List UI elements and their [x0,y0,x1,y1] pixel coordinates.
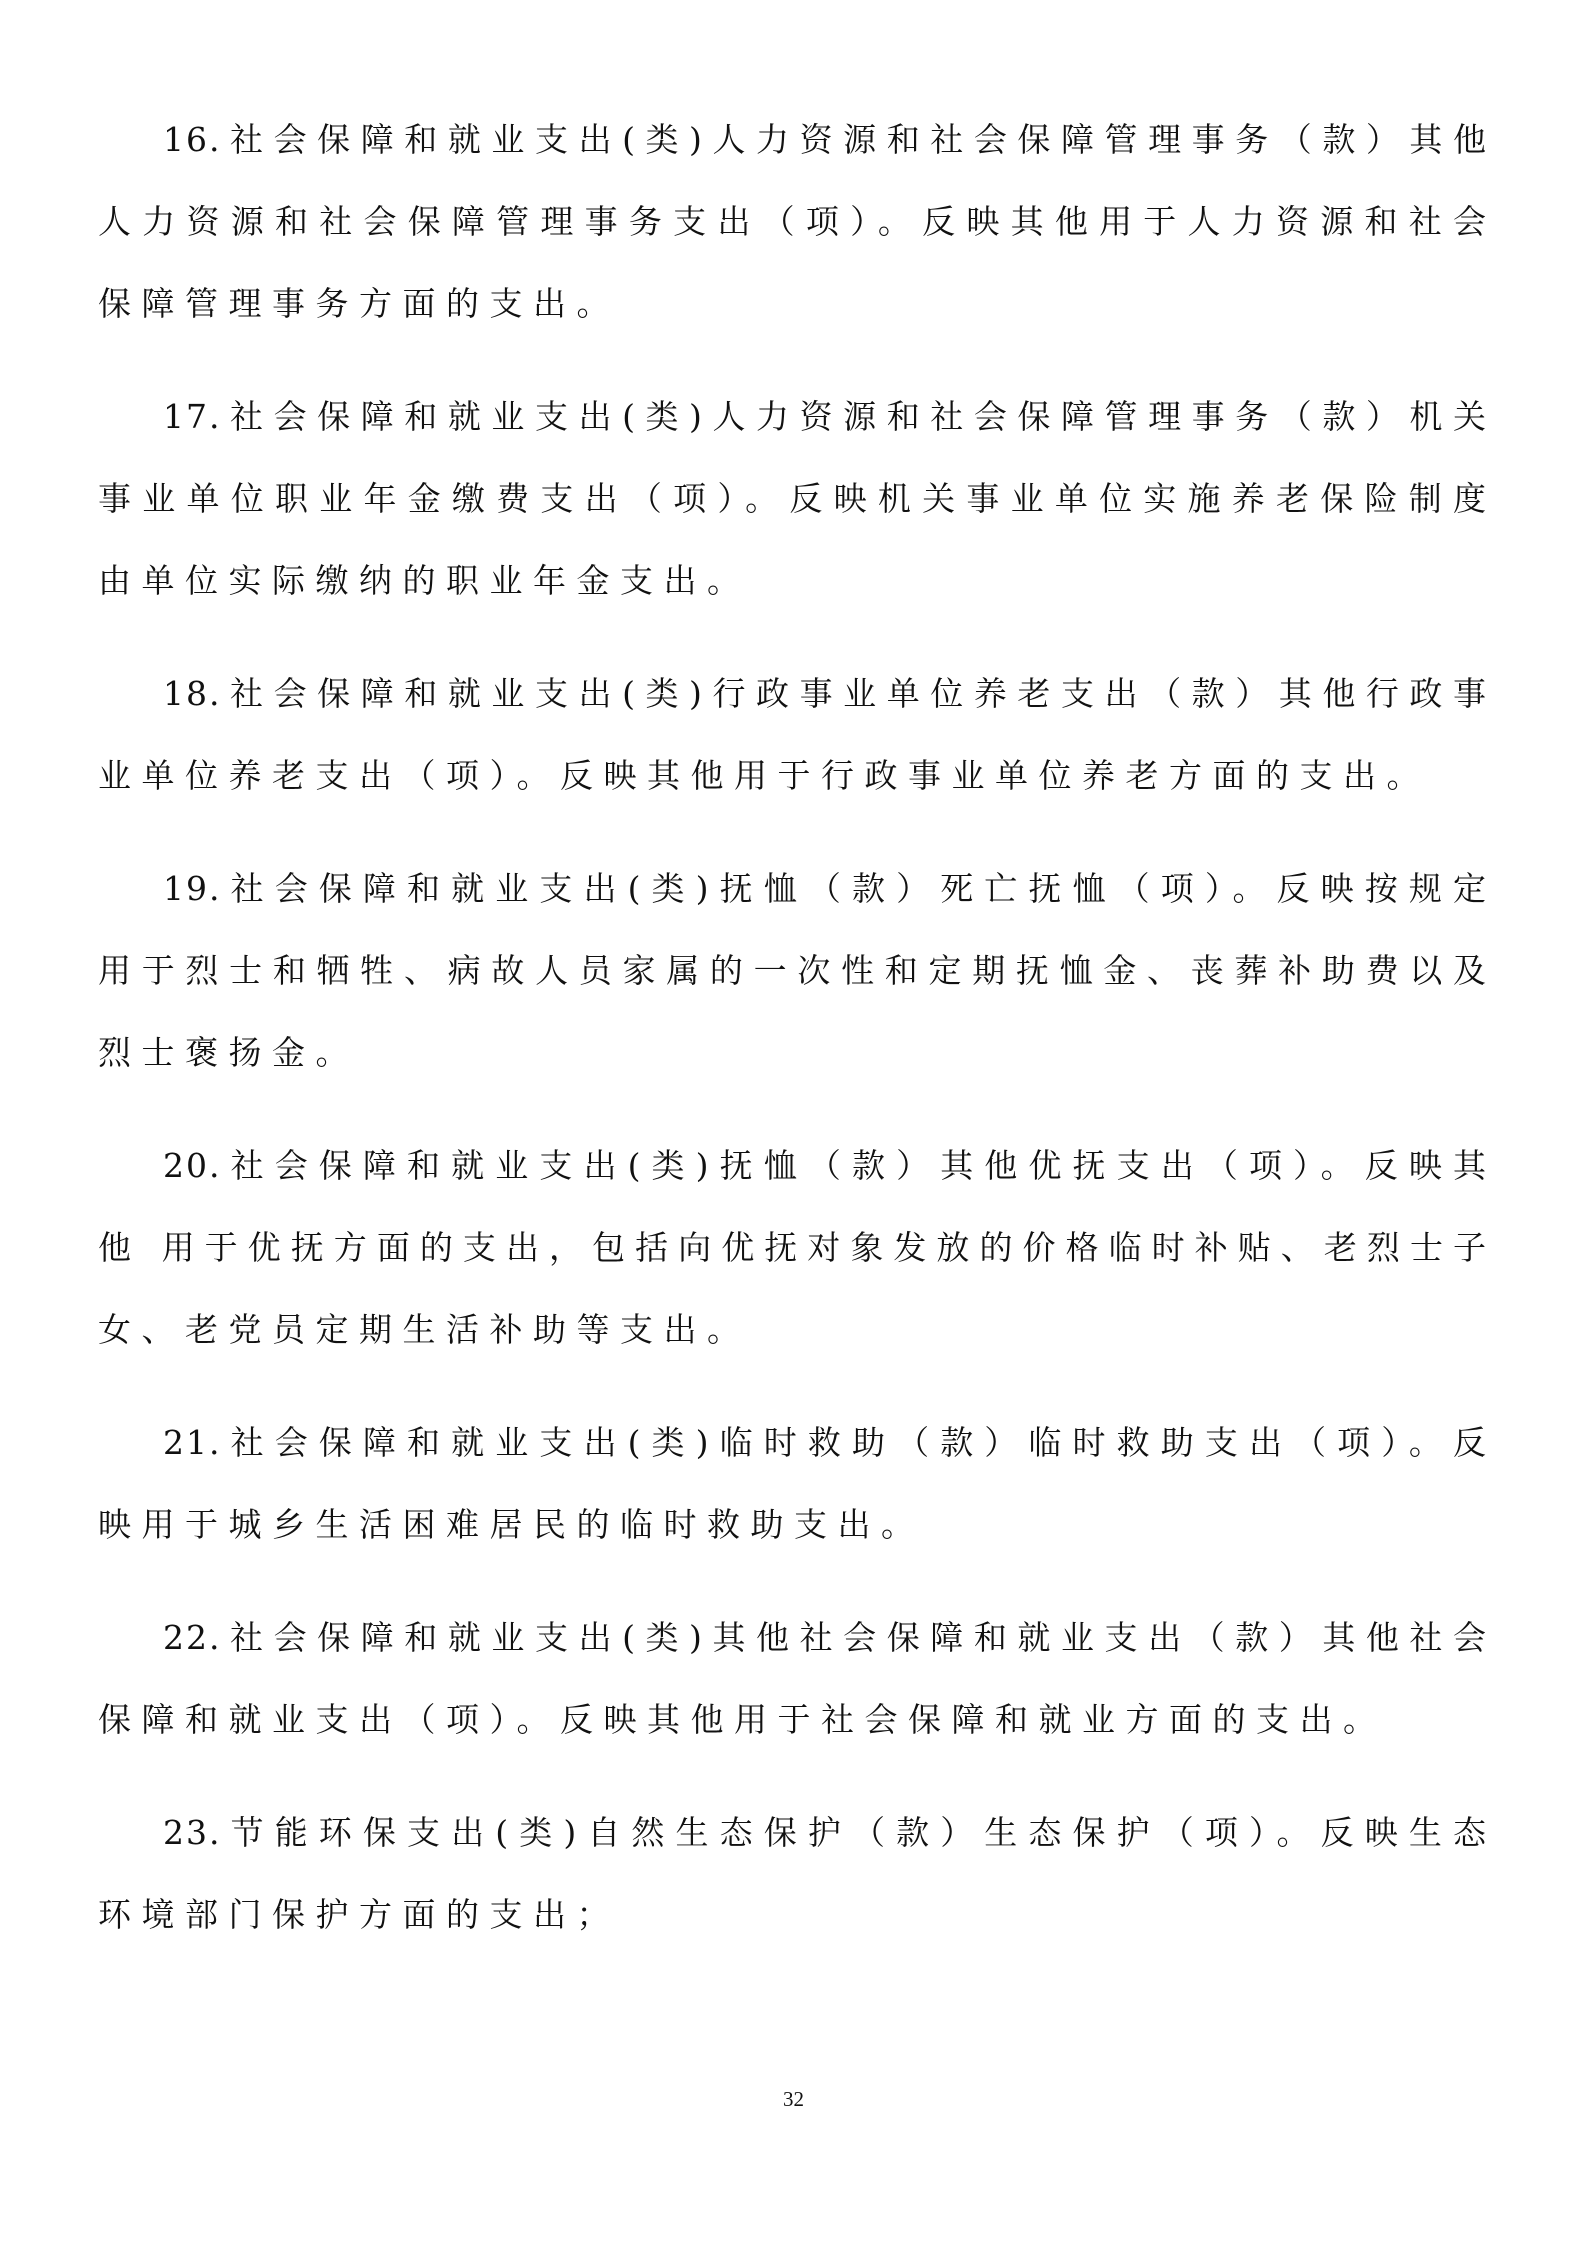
paragraph-line: 19.社会保障和就业支出(类)抚恤（款）死亡抚恤（项）。反映按规定 [163,848,1488,930]
paragraph-line: 18.社会保障和就业支出(类)行政事业单位养老支出（款）其他行政事 [163,653,1488,735]
paragraph-21: 21.社会保障和就业支出(类)临时救助（款）临时救助支出（项）。反 映用于城乡生… [98,1402,1488,1566]
paragraph-line: 事业单位职业年金缴费支出（项）。反映机关事业单位实施养老保险制度 [98,458,1488,540]
paragraph-line: 22.社会保障和就业支出(类)其他社会保障和就业支出（款）其他社会 [163,1597,1488,1679]
paragraph-line: 17.社会保障和就业支出(类)人力资源和社会保障管理事务（款）机关 [163,376,1488,458]
page-number: 32 [0,2086,1587,2112]
paragraph-23: 23.节能环保支出(类)自然生态保护（款）生态保护（项）。反映生态 环境部门保护… [98,1792,1488,1956]
paragraph-16: 16.社会保障和就业支出(类)人力资源和社会保障管理事务（款）其他 人力资源和社… [98,99,1488,345]
paragraph-line: 他 用于优抚方面的支出，包括向优抚对象发放的价格临时补贴、老烈士子 [98,1207,1488,1289]
paragraph-line: 烈士褒扬金。 [98,1012,1488,1094]
paragraph-line: 20.社会保障和就业支出(类)抚恤（款）其他优抚支出（项）。反映其 [163,1125,1488,1207]
paragraph-line: 映用于城乡生活困难居民的临时救助支出。 [98,1484,1488,1566]
paragraph-line: 业单位养老支出（项）。反映其他用于行政事业单位养老方面的支出。 [98,735,1488,817]
paragraph-19: 19.社会保障和就业支出(类)抚恤（款）死亡抚恤（项）。反映按规定 用于烈士和牺… [98,848,1488,1094]
document-body: 16.社会保障和就业支出(类)人力资源和社会保障管理事务（款）其他 人力资源和社… [98,99,1488,1987]
paragraph-22: 22.社会保障和就业支出(类)其他社会保障和就业支出（款）其他社会 保障和就业支… [98,1597,1488,1761]
paragraph-line: 保障和就业支出（项）。反映其他用于社会保障和就业方面的支出。 [98,1679,1488,1761]
paragraph-17: 17.社会保障和就业支出(类)人力资源和社会保障管理事务（款）机关 事业单位职业… [98,376,1488,622]
paragraph-line: 21.社会保障和就业支出(类)临时救助（款）临时救助支出（项）。反 [163,1402,1488,1484]
paragraph-20: 20.社会保障和就业支出(类)抚恤（款）其他优抚支出（项）。反映其 他 用于优抚… [98,1125,1488,1371]
paragraph-line: 人力资源和社会保障管理事务支出（项）。反映其他用于人力资源和社会 [98,181,1488,263]
paragraph-18: 18.社会保障和就业支出(类)行政事业单位养老支出（款）其他行政事 业单位养老支… [98,653,1488,817]
paragraph-line: 用于烈士和牺牲、病故人员家属的一次性和定期抚恤金、丧葬补助费以及 [98,930,1488,1012]
paragraph-line: 女、老党员定期生活补助等支出。 [98,1289,1488,1371]
paragraph-line: 23.节能环保支出(类)自然生态保护（款）生态保护（项）。反映生态 [163,1792,1488,1874]
paragraph-line: 环境部门保护方面的支出； [98,1874,1488,1956]
paragraph-line: 由单位实际缴纳的职业年金支出。 [98,540,1488,622]
paragraph-line: 16.社会保障和就业支出(类)人力资源和社会保障管理事务（款）其他 [163,99,1488,181]
paragraph-line: 保障管理事务方面的支出。 [98,263,1488,345]
